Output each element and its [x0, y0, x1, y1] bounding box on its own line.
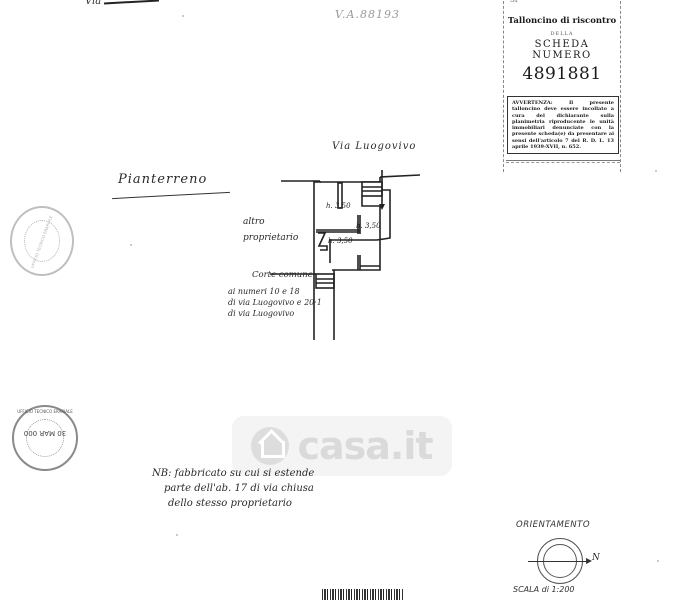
ticket-bottom-rule	[506, 160, 620, 163]
ticket-warning-box: AVVERTENZA: Il presente talloncino deve …	[507, 96, 619, 154]
scale-label: SCALA di 1:200	[513, 585, 575, 594]
ticket-scheda-number: 4891881	[504, 64, 620, 84]
street-label: Via Luogovivo	[332, 141, 416, 152]
watermark-text: casa.it	[297, 424, 432, 468]
top-scribble-text: Via	[85, 0, 101, 7]
ticket-header-strip: SP	[510, 0, 520, 4]
ticket-title: Talloncino di riscontro	[504, 16, 620, 26]
office-stamp-bottom: UFFICIO TECNICO ERARIALE 30 MAR 000	[12, 405, 78, 471]
courtyard-note-line-3: di via Luogovivo	[228, 308, 322, 319]
scan-speck	[182, 15, 184, 17]
top-handwritten-scribble: Via	[85, 0, 159, 7]
barcode-fragment	[322, 589, 404, 600]
scan-speck	[176, 534, 178, 536]
orientation-label: ORIENTAMENTO	[516, 520, 590, 530]
room-bottom-left-height: h. 3,50	[328, 237, 353, 245]
room-right-height: h. 3,50	[356, 222, 381, 230]
courtyard-note-line-2: di via Luogovivo e 20·1	[228, 297, 322, 308]
note-line-1: NB: fabbricato su cui si estende	[152, 466, 314, 481]
office-stamp-top: UFFICIO TECNICO ERARIALE	[10, 206, 74, 276]
stamp-inner-ring	[26, 419, 64, 457]
home-icon	[251, 427, 289, 465]
compass-needle	[528, 561, 590, 562]
handwritten-note: NB: fabbricato su cui si estende parte d…	[152, 466, 314, 511]
note-line-2: parte dell'ab. 17 di via chiusa	[152, 481, 314, 496]
ticket-della: DELLA	[504, 31, 620, 37]
compass-icon: N	[537, 538, 583, 584]
stamp-date: 30 MAR 000	[14, 429, 76, 437]
note-line-3: dello stesso proprietario	[152, 496, 314, 511]
floor-label-underline	[112, 192, 230, 199]
courtyard-note: ai numeri 10 e 18 di via Luogovivo e 20·…	[228, 286, 322, 319]
floor-label: Pianterreno	[118, 172, 207, 187]
scan-speck	[657, 560, 659, 562]
compass-north-letter: N	[592, 553, 600, 563]
courtyard-note-line-1: ai numeri 10 e 18	[228, 286, 322, 297]
stamp-ring-text: UFFICIO TECNICO ERARIALE	[14, 409, 76, 414]
top-stamp-note: V.A.88193	[335, 8, 400, 21]
courtyard-label: Corte comune	[252, 270, 313, 280]
ticket-scheda-label: SCHEDA NUMERO	[504, 39, 620, 61]
scribble-stroke	[104, 0, 159, 4]
room-top-left-height: h. 3,50	[326, 202, 351, 210]
scan-speck	[130, 244, 132, 246]
scan-speck	[655, 170, 657, 172]
cadastral-ticket: SP Talloncino di riscontro DELLA SCHEDA …	[503, 0, 621, 172]
